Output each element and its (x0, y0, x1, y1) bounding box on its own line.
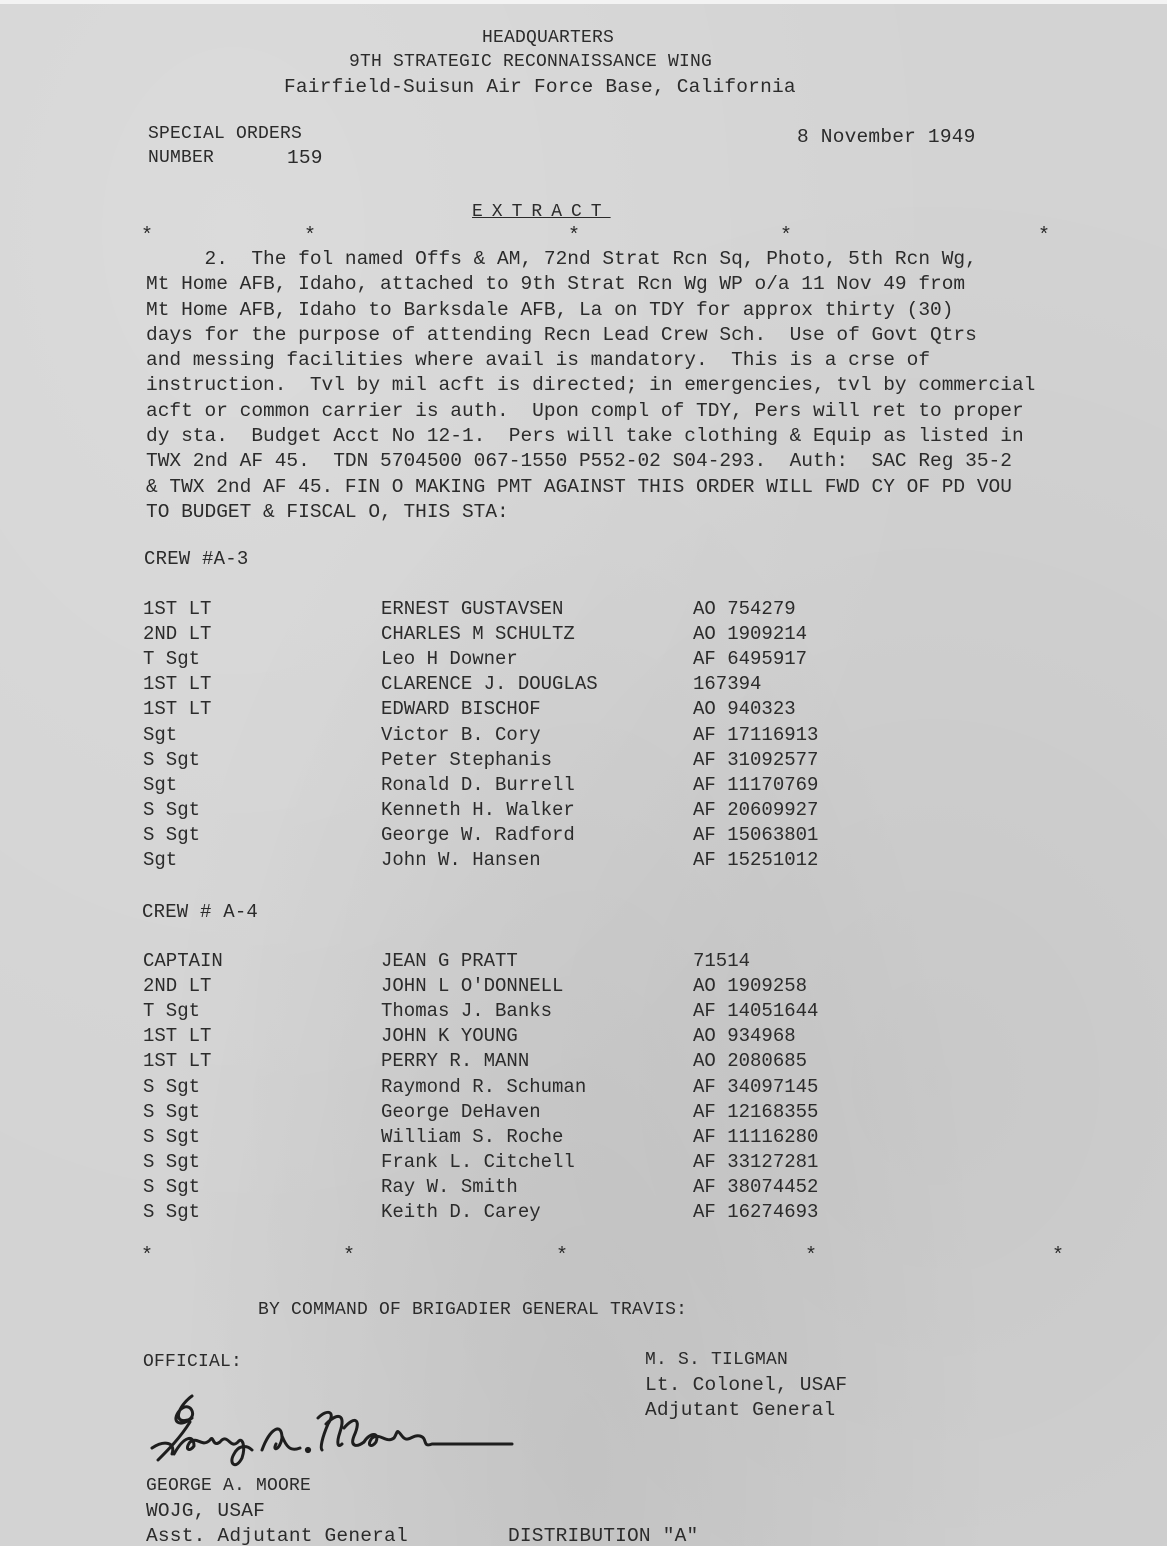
official-label: OFFICIAL: (143, 1350, 242, 1374)
crew-a3-title: CREW #A-3 (144, 547, 248, 571)
roster-row: T SgtThomas J. BanksAF 14051644 (143, 1000, 863, 1025)
name-cell: Frank L. Citchell (381, 1151, 575, 1173)
serial-number-cell: AF 16274693 (693, 1201, 818, 1223)
roster-row: S SgtPeter StephanisAF 31092577 (143, 749, 863, 774)
signatory-rank: WOJG, USAF (146, 1499, 265, 1523)
paper-top-edge (0, 0, 1167, 4)
rank-cell: S Sgt (143, 1201, 200, 1223)
rank-cell: S Sgt (143, 799, 200, 821)
name-cell: Ray W. Smith (381, 1176, 518, 1198)
roster-row: S SgtGeorge DeHavenAF 12168355 (143, 1101, 863, 1126)
handwritten-signature: George A. Moore (150, 1388, 540, 1478)
serial-number-cell: AF 20609927 (693, 799, 818, 821)
rank-cell: S Sgt (143, 1101, 200, 1123)
name-cell: Peter Stephanis (381, 749, 552, 771)
header-line-1: HEADQUARTERS (482, 26, 614, 50)
rank-cell: 1ST LT (143, 698, 211, 720)
name-cell: CLARENCE J. DOUGLAS (381, 673, 598, 695)
paragraph-line: dy sta. Budget Acct No 12-1. Pers will t… (146, 424, 1106, 449)
serial-number-cell: AF 15251012 (693, 849, 818, 871)
rank-cell: 2ND LT (143, 623, 211, 645)
crew-a4-title: CREW # A-4 (142, 900, 258, 924)
paragraph-line: acft or common carrier is auth. Upon com… (146, 399, 1106, 424)
commander-rank: Lt. Colonel, USAF (645, 1373, 847, 1397)
name-cell: George W. Radford (381, 824, 575, 846)
separator-star: * (1052, 1245, 1064, 1268)
separator-star: * (343, 1245, 355, 1268)
roster-row: SgtRonald D. BurrellAF 11170769 (143, 774, 863, 799)
paragraph-line: & TWX 2nd AF 45. FIN O MAKING PMT AGAINS… (146, 475, 1106, 500)
roster-row: S SgtFrank L. CitchellAF 33127281 (143, 1151, 863, 1176)
name-cell: George DeHaven (381, 1101, 541, 1123)
serial-number-cell: AO 934968 (693, 1025, 796, 1047)
name-cell: Leo H Downer (381, 648, 518, 670)
roster-row: 1ST LTEDWARD BISCHOFAO 940323 (143, 698, 863, 723)
signatory-title: Asst. Adjutant General (146, 1524, 408, 1546)
separator-star: * (805, 1245, 817, 1268)
roster-row: SgtVictor B. CoryAF 17116913 (143, 724, 863, 749)
separator-star: * (568, 225, 580, 248)
serial-number-cell: AO 940323 (693, 698, 796, 720)
paragraph-line: Mt Home AFB, Idaho to Barksdale AFB, La … (146, 298, 1106, 323)
roster-row: SgtJohn W. HansenAF 15251012 (143, 849, 863, 874)
rank-cell: Sgt (143, 724, 177, 746)
name-cell: JOHN L O'DONNELL (381, 975, 563, 997)
roster-row: S SgtKenneth H. WalkerAF 20609927 (143, 799, 863, 824)
separator-star: * (780, 225, 792, 248)
name-cell: William S. Roche (381, 1126, 563, 1148)
rank-cell: 2ND LT (143, 975, 211, 997)
roster-row: S SgtGeorge W. RadfordAF 15063801 (143, 824, 863, 849)
serial-number-cell: AF 12168355 (693, 1101, 818, 1123)
rank-cell: S Sgt (143, 1151, 200, 1173)
separator-star: * (1038, 225, 1050, 248)
rank-cell: 1ST LT (143, 598, 211, 620)
rank-cell: 1ST LT (143, 1025, 211, 1047)
roster-row: 2ND LTCHARLES M SCHULTZAO 1909214 (143, 623, 863, 648)
name-cell: JEAN G PRATT (381, 950, 518, 972)
serial-number-cell: AF 11170769 (693, 774, 818, 796)
rank-cell: 1ST LT (143, 1050, 211, 1072)
name-cell: Kenneth H. Walker (381, 799, 575, 821)
order-number: 159 (287, 146, 323, 170)
paragraph-line: Mt Home AFB, Idaho, attached to 9th Stra… (146, 272, 1106, 297)
serial-number-cell: AO 2080685 (693, 1050, 807, 1072)
distribution-label: DISTRIBUTION "A" (508, 1524, 698, 1546)
roster-row: 1ST LTERNEST GUSTAVSENAO 754279 (143, 598, 863, 623)
rank-cell: S Sgt (143, 749, 200, 771)
rank-cell: T Sgt (143, 1000, 200, 1022)
serial-number-cell: 167394 (693, 673, 761, 695)
name-cell: Raymond R. Schuman (381, 1076, 586, 1098)
separator-star: * (141, 1245, 153, 1268)
commander-title: Adjutant General (645, 1398, 835, 1422)
rank-cell: CAPTAIN (143, 950, 223, 972)
serial-number-cell: AF 14051644 (693, 1000, 818, 1022)
roster-row: CAPTAINJEAN G PRATT71514 (143, 950, 863, 975)
serial-number-cell: AF 6495917 (693, 648, 807, 670)
rank-cell: S Sgt (143, 1126, 200, 1148)
paragraph-line: TO BUDGET & FISCAL O, THIS STA: (146, 500, 1106, 525)
roster-row: S SgtKeith D. CareyAF 16274693 (143, 1201, 863, 1226)
command-line: BY COMMAND OF BRIGADIER GENERAL TRAVIS: (258, 1298, 687, 1322)
roster-row: S SgtWilliam S. RocheAF 11116280 (143, 1126, 863, 1151)
rank-cell: Sgt (143, 774, 177, 796)
serial-number-cell: AF 38074452 (693, 1176, 818, 1198)
serial-number-cell: AO 754279 (693, 598, 796, 620)
roster-row: S SgtRaymond R. SchumanAF 34097145 (143, 1076, 863, 1101)
name-cell: ERNEST GUSTAVSEN (381, 598, 563, 620)
roster-row: S SgtRay W. SmithAF 38074452 (143, 1176, 863, 1201)
name-cell: Keith D. Carey (381, 1201, 541, 1223)
paragraph-line: and messing facilities where avail is ma… (146, 348, 1106, 373)
order-date: 8 November 1949 (797, 125, 976, 149)
separator-star: * (141, 225, 153, 248)
roster-row: 2ND LTJOHN L O'DONNELLAO 1909258 (143, 975, 863, 1000)
rank-cell: S Sgt (143, 824, 200, 846)
serial-number-cell: AF 11116280 (693, 1126, 818, 1148)
rank-cell: T Sgt (143, 648, 200, 670)
rank-cell: Sgt (143, 849, 177, 871)
commander-name: M. S. TILGMAN (645, 1348, 788, 1372)
rank-cell: S Sgt (143, 1076, 200, 1098)
paragraph-line: TWX 2nd AF 45. TDN 5704500 067-1550 P552… (146, 449, 1106, 474)
roster-row: T SgtLeo H DownerAF 6495917 (143, 648, 863, 673)
name-cell: John W. Hansen (381, 849, 541, 871)
extract-title: EXTRACT (472, 200, 611, 224)
serial-number-cell: 71514 (693, 950, 750, 972)
serial-number-cell: AF 17116913 (693, 724, 818, 746)
header-line-2: 9TH STRATEGIC RECONNAISSANCE WING (349, 50, 712, 74)
serial-number-cell: AF 33127281 (693, 1151, 818, 1173)
name-cell: Victor B. Cory (381, 724, 541, 746)
rank-cell: S Sgt (143, 1176, 200, 1198)
separator-star: * (304, 225, 316, 248)
name-cell: CHARLES M SCHULTZ (381, 623, 575, 645)
serial-number-cell: AO 1909214 (693, 623, 807, 645)
order-paragraph: 2. The fol named Offs & AM, 72nd Strat R… (146, 247, 1106, 525)
number-label: NUMBER (148, 146, 214, 170)
name-cell: Thomas J. Banks (381, 1000, 552, 1022)
serial-number-cell: AO 1909258 (693, 975, 807, 997)
serial-number-cell: AF 34097145 (693, 1076, 818, 1098)
name-cell: EDWARD BISCHOF (381, 698, 541, 720)
signatory-name: GEORGE A. MOORE (146, 1474, 311, 1498)
name-cell: PERRY R. MANN (381, 1050, 529, 1072)
separator-star: * (556, 1245, 568, 1268)
name-cell: Ronald D. Burrell (381, 774, 575, 796)
roster-row: 1ST LTCLARENCE J. DOUGLAS167394 (143, 673, 863, 698)
rank-cell: 1ST LT (143, 673, 211, 695)
serial-number-cell: AF 31092577 (693, 749, 818, 771)
header-line-3: Fairfield-Suisun Air Force Base, Califor… (284, 75, 796, 99)
roster-row: 1ST LTPERRY R. MANNAO 2080685 (143, 1050, 863, 1075)
paragraph-line: instruction. Tvl by mil acft is directed… (146, 373, 1106, 398)
paragraph-line: 2. The fol named Offs & AM, 72nd Strat R… (146, 247, 1106, 272)
serial-number-cell: AF 15063801 (693, 824, 818, 846)
roster-row: 1ST LTJOHN K YOUNGAO 934968 (143, 1025, 863, 1050)
special-orders-label: SPECIAL ORDERS (148, 122, 302, 146)
paragraph-line: days for the purpose of attending Recn L… (146, 323, 1106, 348)
name-cell: JOHN K YOUNG (381, 1025, 518, 1047)
